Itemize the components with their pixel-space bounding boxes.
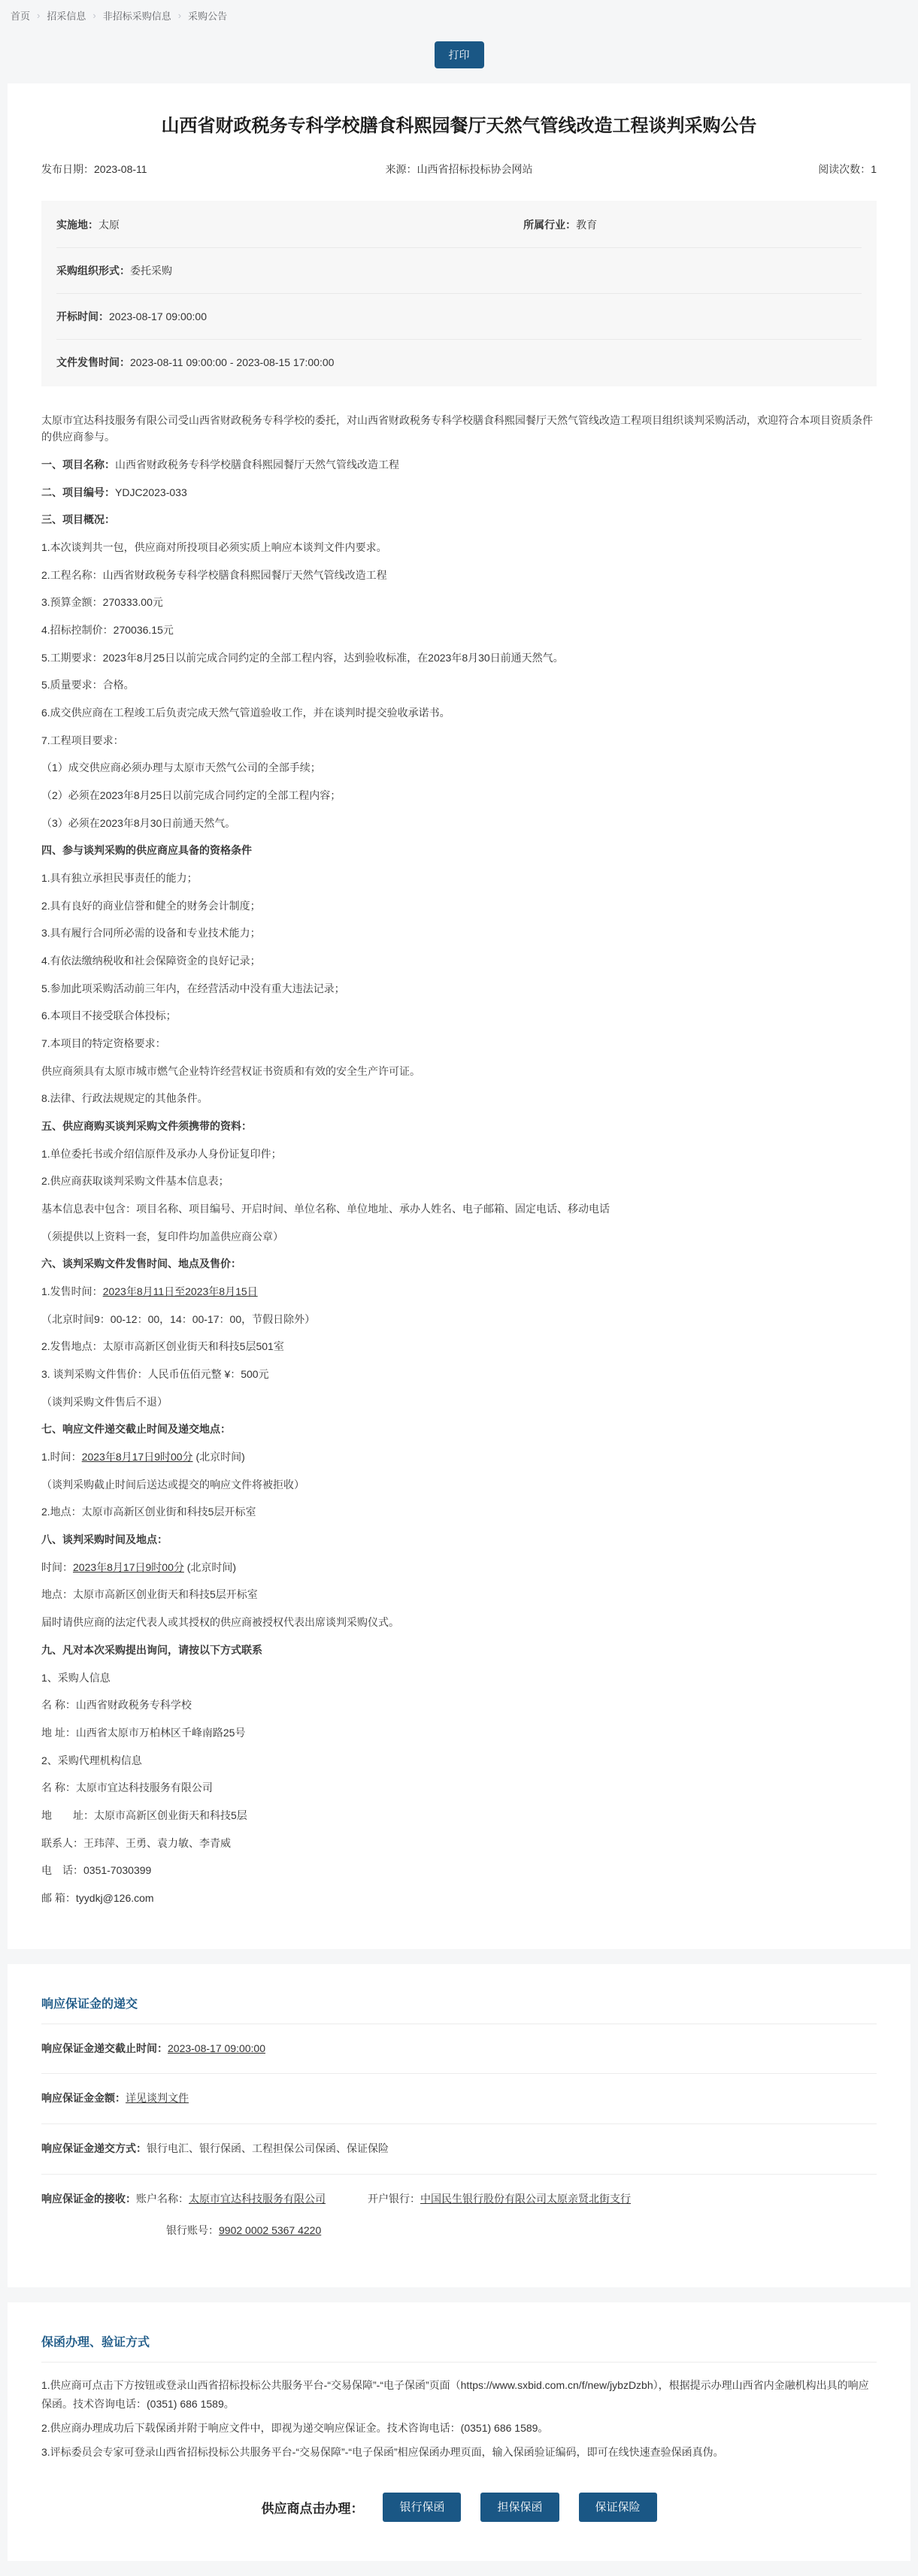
body-paragraph: （谈判采购文件售后不退） [41,1394,877,1411]
breadcrumb-item[interactable]: 招采信息 [47,8,86,23]
project-info-box: 实施地：太原所属行业：教育采购组织形式：委托采购开标时间：2023-08-17 … [41,201,877,386]
body-paragraph: 联系人：王玮萍、王勇、袁力敏、李青威 [41,1835,877,1852]
bold-text: 九、凡对本次采购提出询问，请按以下方式联系 [41,1644,262,1656]
body-paragraph: 届时请供应商的法定代表人或其授权的供应商被授权代表出席谈判采购仪式。 [41,1614,877,1631]
deposit-row: 响应保证金递交截止时间：2023-08-17 09:00:00 [41,2024,877,2075]
print-button[interactable]: 打印 [435,41,484,68]
text-segment: （3）必须在2023年8月30日前通天然气。 [41,817,235,829]
body-paragraph: 7.本项目的特定资格要求： [41,1035,877,1052]
text-segment: 地 址：山西省太原市万柏林区千峰南路25号 [41,1727,245,1739]
body-paragraph: 6.成交供应商在工程竣工后负责完成天然气管道验收工作，并在谈判时提交验收承诺书。 [41,704,877,722]
bold-text: 六、谈判采购文件发售时间、地点及售价： [41,1258,241,1270]
text-segment: 供应商须具有太原市城市燃气企业特许经营权证书资质和有效的安全生产许可证。 [41,1065,420,1077]
guarantee-paragraph: 2.供应商办理成功后下载保函并附于响应文件中，即视为递交响应保证金。技术咨询电话… [41,2419,877,2438]
breadcrumb-item[interactable]: 首页 [11,8,30,23]
body-paragraph: 名 称：山西省财政税务专科学校 [41,1697,877,1714]
deposit-row: 响应保证金的接收：账户名称：太原市宜达科技服务有限公司开户银行：中国民生银行股份… [41,2175,877,2256]
guarantee-cta: 供应商点击办理： 银行保函担保保函保证保险 [41,2493,877,2522]
info-value: 太原 [98,219,120,231]
body-paragraph: 4.招标控制价：270036.15元 [41,622,877,639]
bold-text: 一、项目名称： [41,459,115,471]
text-segment: 太原市宜达科技服务有限公司受山西省财政税务专科学校的委托，对山西省财政税务专科学… [41,414,873,443]
text-segment: 7.工程项目要求： [41,734,124,746]
announcement-card: 山西省财政税务专科学校膳食科熙园餐厅天然气管线改造工程谈判采购公告 发布日期：2… [8,83,910,1949]
body-paragraph: 5.参加此项采购活动前三年内，在经营活动中没有重大违法记录； [41,980,877,997]
body-paragraph: 1.具有独立承担民事责任的能力； [41,870,877,887]
info-value: 2023-08-17 09:00:00 [109,310,207,322]
body-paragraph: 7.工程项目要求： [41,732,877,749]
text-segment: 银行账号： [166,2224,219,2236]
guarantee-paragraph: 3.评标委员会专家可登录山西省招标投标公共服务平台-“交易保障”-“电子保函”相… [41,2443,877,2462]
text-segment: 银行电汇、银行保函、工程担保公司保函、保证保险 [147,2142,389,2154]
page-title: 山西省财政税务专科学校膳食科熙园餐厅天然气管线改造工程谈判采购公告 [41,114,877,139]
text-segment: 5.质量要求：合格。 [41,679,135,691]
info-cell: 实施地：太原 [56,217,523,232]
guarantee-button[interactable]: 保证保险 [579,2493,657,2522]
body-paragraph: 3.预算金额：270333.00元 [41,594,877,611]
text-segment: 1.单位委托书或介绍信原件及承办人身份证复印件； [41,1148,282,1160]
body-paragraph: 供应商须具有太原市城市燃气企业特许经营权证书资质和有效的安全生产许可证。 [41,1063,877,1080]
guarantee-card: 保函办理、验证方式 1.供应商可点击下方按钮或登录山西省招标投标公共服务平台-“… [8,2302,910,2562]
info-value: 委托采购 [130,265,172,277]
body-paragraph: （北京时间9：00-12：00，14：00-17：00，节假日除外） [41,1311,877,1328]
body-paragraph: 6.本项目不接受联合体投标； [41,1007,877,1025]
bold-text: 七、响应文件递交截止时间及递交地点： [41,1423,231,1435]
text-segment: 1.时间： [41,1451,82,1463]
publish-date-value: 2023-08-11 [94,163,147,175]
text-segment: 4.招标控制价：270036.15元 [41,624,174,636]
info-row: 开标时间：2023-08-17 09:00:00 [56,294,862,340]
text-segment: 1、采购人信息 [41,1672,111,1684]
page: 首页›招采信息›非招标采购信息›采购公告 打印 山西省财政税务专科学校膳食科熙园… [0,0,918,2561]
underlined-value: 9902 0002 5367 4220 [219,2224,321,2236]
guarantee-button[interactable]: 银行保函 [383,2493,461,2522]
bold-text: 五、供应商购买谈判采购文件须携带的资料： [41,1120,252,1132]
text-segment: 2.具有良好的商业信誉和健全的财务会计制度； [41,900,261,912]
deposit-row-label: 响应保证金递交方式： [41,2142,147,2154]
info-value: 2023-08-11 09:00:00 - 2023-08-15 17:00:0… [130,356,334,368]
text-segment: 4.有依法缴纳税收和社会保障资金的良好记录； [41,955,261,967]
body-paragraph: 名 称：太原市宜达科技服务有限公司 [41,1779,877,1797]
body-paragraph: 电 话：0351-7030399 [41,1862,877,1879]
text-segment: 8.法律、行政法规规定的其他条件。 [41,1092,208,1104]
publish-date: 发布日期：2023-08-11 [41,162,280,177]
breadcrumb: 首页›招采信息›非招标采购信息›采购公告 [0,0,918,29]
body-paragraph: 3. 谈判采购文件售价：人民币伍佰元整 ¥：500元 [41,1366,877,1383]
text-segment: 2、采购代理机构信息 [41,1754,142,1766]
text-segment: (北京时间) [184,1561,236,1573]
article-body: 太原市宜达科技服务有限公司受山西省财政税务专科学校的委托，对山西省财政税务专科学… [41,412,877,1907]
cta-label: 供应商点击办理： [261,2498,363,2517]
body-paragraph: 地 址：太原市高新区创业街天和科技5层 [41,1807,877,1824]
body-paragraph: 3.具有履行合同所必需的设备和专业技术能力； [41,925,877,942]
underlined-value: 2023年8月17日9时00分 [73,1561,184,1573]
body-paragraph: 1.发售时间：2023年8月11日至2023年8月15日 [41,1283,877,1300]
guarantee-button[interactable]: 担保保函 [480,2493,559,2522]
body-paragraph: 八、谈判采购时间及地点： [41,1531,877,1548]
text-segment: 6.成交供应商在工程竣工后负责完成天然气管道验收工作，并在谈判时提交验收承诺书。 [41,707,450,719]
text-segment: 联系人：王玮萍、王勇、袁力敏、李青威 [41,1837,231,1849]
article-meta: 发布日期：2023-08-11 来源：山西省招标投标协会网站 阅读次数：1 [41,162,877,177]
body-paragraph: 1.单位委托书或介绍信原件及承办人身份证复印件； [41,1146,877,1163]
info-row: 文件发售时间：2023-08-11 09:00:00 - 2023-08-15 … [56,340,862,385]
body-paragraph: 1、采购人信息 [41,1669,877,1687]
deposit-row-label: 响应保证金金额： [41,2092,126,2104]
body-paragraph: 地点：太原市高新区创业街天和科技5层开标室 [41,1586,877,1603]
info-cell: 文件发售时间：2023-08-11 09:00:00 - 2023-08-15 … [56,355,862,370]
info-cell: 所属行业：教育 [523,217,862,232]
text-segment: 地点：太原市高新区创业街天和科技5层开标室 [41,1588,258,1600]
text-segment: （1）成交供应商必须办理与太原市天然气公司的全部手续； [41,761,321,773]
text-segment: 6.本项目不接受联合体投标； [41,1010,177,1022]
text-segment: 基本信息表中包含：项目名称、项目编号、开启时间、单位名称、单位地址、承办人姓名、… [41,1203,610,1215]
underlined-value: 2023年8月11日至2023年8月15日 [103,1285,258,1297]
text-segment: （须提供以上资料一套，复印件均加盖供应商公章） [41,1230,283,1243]
underlined-value: 中国民生银行股份有限公司太原亲贤北街支行 [420,2193,631,2205]
text-segment: 2.地点：太原市高新区创业街和科技5层开标室 [41,1506,256,1518]
body-paragraph: 2.工程名称：山西省财政税务专科学校膳食科熙园餐厅天然气管线改造工程 [41,567,877,584]
body-paragraph: 邮 箱：tyydkj@126.com [41,1890,877,1907]
text-segment: 1.发售时间： [41,1285,103,1297]
text-segment: 地 址：太原市高新区创业街天和科技5层 [41,1809,247,1821]
info-value: 教育 [576,219,597,231]
text-segment: 届时请供应商的法定代表人或其授权的供应商被授权代表出席谈判采购仪式。 [41,1616,399,1628]
info-label: 开标时间： [56,310,109,322]
underlined-value: 太原市宜达科技服务有限公司 [189,2193,326,2205]
body-paragraph: 2.具有良好的商业信誉和健全的财务会计制度； [41,898,877,915]
info-row: 实施地：太原所属行业：教育 [56,202,862,248]
source-value: 山西省招标投标协会网站 [417,163,532,175]
text-segment: （谈判采购文件售后不退） [41,1396,168,1408]
body-paragraph: 时间：2023年8月17日9时00分 (北京时间) [41,1559,877,1576]
guarantee-section-title: 保函办理、验证方式 [41,2332,877,2363]
deposit-section-title: 响应保证金的递交 [41,1994,877,2024]
body-paragraph: 5.工期要求：2023年8月25日以前完成合同约定的全部工程内容，达到验收标准，… [41,649,877,667]
text-segment: 1.本次谈判共一包，供应商对所投项目必须实质上响应本谈判文件内要求。 [41,541,387,553]
body-paragraph: 1.本次谈判共一包，供应商对所投项目必须实质上响应本谈判文件内要求。 [41,539,877,556]
view-count-value: 1 [871,163,877,175]
body-paragraph: 四、参与谈判采购的供应商应具备的资格条件 [41,842,877,859]
text-segment: 时间： [41,1561,73,1573]
info-label: 实施地： [56,219,98,231]
body-paragraph: 8.法律、行政法规规定的其他条件。 [41,1090,877,1107]
deposit-row: 响应保证金金额：详见谈判文件 [41,2074,877,2124]
body-paragraph: 六、谈判采购文件发售时间、地点及售价： [41,1255,877,1273]
body-paragraph: 1.时间：2023年8月17日9时00分 (北京时间) [41,1448,877,1466]
body-paragraph: 基本信息表中包含：项目名称、项目编号、开启时间、单位名称、单位地址、承办人姓名、… [41,1200,877,1218]
deposit-row-label: 响应保证金的接收： [41,2193,136,2205]
body-paragraph: 2.地点：太原市高新区创业街和科技5层开标室 [41,1503,877,1521]
body-paragraph: 五、供应商购买谈判采购文件须携带的资料： [41,1118,877,1135]
body-paragraph: 一、项目名称：山西省财政税务专科学校膳食科熙园餐厅天然气管线改造工程 [41,456,877,474]
text-segment: (北京时间) [193,1451,245,1463]
source-label: 来源： [385,163,417,175]
guarantee-body: 1.供应商可点击下方按钮或登录山西省招标投标公共服务平台-“交易保障”-“电子保… [41,2363,877,2463]
view-count-label: 阅读次数： [818,163,871,175]
body-paragraph: 2.发售地点：太原市高新区创业街天和科技5层501室 [41,1338,877,1355]
deposit-row: 响应保证金递交方式：银行电汇、银行保函、工程担保公司保函、保证保险 [41,2124,877,2175]
text-segment: 3. 谈判采购文件售价：人民币伍佰元整 ¥：500元 [41,1368,269,1380]
body-paragraph: 地 址：山西省太原市万柏林区千峰南路25号 [41,1724,877,1742]
deposit-row-subline: 银行账号：9902 0002 5367 4220 [41,2222,877,2240]
info-label: 文件发售时间： [56,356,130,368]
body-paragraph: （3）必须在2023年8月30日前通天然气。 [41,815,877,832]
body-paragraph: （谈判采购截止时间后送达或提交的响应文件将被拒收） [41,1476,877,1494]
underlined-value: 2023-08-17 09:00:00 [168,2042,265,2054]
source: 来源：山西省招标投标协会网站 [280,162,638,177]
body-paragraph: 九、凡对本次采购提出询问，请按以下方式联系 [41,1642,877,1659]
text-segment: 7.本项目的特定资格要求： [41,1037,166,1049]
view-count: 阅读次数：1 [638,162,877,177]
text-segment: 5.工期要求：2023年8月25日以前完成合同约定的全部工程内容，达到验收标准，… [41,652,564,664]
text-segment: 名 称：山西省财政税务专科学校 [41,1699,192,1711]
text-segment: 3.预算金额：270333.00元 [41,596,163,608]
guarantee-paragraph: 1.供应商可点击下方按钮或登录山西省招标投标公共服务平台-“交易保障”-“电子保… [41,2376,877,2415]
body-paragraph: 2.供应商获取谈判采购文件基本信息表； [41,1173,877,1190]
info-cell: 采购组织形式：委托采购 [56,263,862,278]
text-segment: （2）必须在2023年8月25日以前完成合同约定的全部工程内容； [41,789,341,801]
body-paragraph: 2、采购代理机构信息 [41,1752,877,1769]
breadcrumb-item[interactable]: 非招标采购信息 [103,8,171,23]
text-segment: 山西省财政税务专科学校膳食科熙园餐厅天然气管线改造工程 [115,459,399,471]
info-label: 所属行业： [523,219,576,231]
body-paragraph: （须提供以上资料一套，复印件均加盖供应商公章） [41,1228,877,1246]
text-segment: 账户名称： [136,2193,189,2205]
deposit-card: 响应保证金的递交 响应保证金递交截止时间：2023-08-17 09:00:00… [8,1964,910,2287]
text-segment: 电 话：0351-7030399 [41,1864,151,1876]
text-segment: 名 称：太原市宜达科技服务有限公司 [41,1781,213,1794]
breadcrumb-separator: › [92,10,95,21]
publish-date-label: 发布日期： [41,163,94,175]
text-segment: （北京时间9：00-12：00，14：00-17：00，节假日除外） [41,1313,315,1325]
body-paragraph: 二、项目编号：YDJC2023-033 [41,484,877,501]
bold-text: 二、项目编号： [41,486,115,498]
bold-text: 八、谈判采购时间及地点： [41,1533,168,1545]
text-segment: 1.具有独立承担民事责任的能力； [41,872,198,884]
info-row: 采购组织形式：委托采购 [56,248,862,294]
bold-text: 四、参与谈判采购的供应商应具备的资格条件 [41,844,252,856]
deposit-row-label: 响应保证金递交截止时间： [41,2042,168,2054]
cta-buttons: 银行保函担保保函保证保险 [383,2493,656,2522]
text-segment: 2.工程名称：山西省财政税务专科学校膳食科熙园餐厅天然气管线改造工程 [41,569,387,581]
underlined-value: 2023年8月17日9时00分 [82,1451,193,1463]
breadcrumb-separator: › [178,10,181,21]
info-cell: 开标时间：2023-08-17 09:00:00 [56,309,862,324]
bold-text: 三、项目概况： [41,513,115,525]
text-segment: 开户银行： [368,2193,420,2205]
body-paragraph: （1）成交供应商必须办理与太原市天然气公司的全部手续； [41,759,877,776]
text-segment: 邮 箱：tyydkj@126.com [41,1892,154,1904]
body-paragraph: 七、响应文件递交截止时间及递交地点： [41,1421,877,1438]
text-segment: 2.供应商获取谈判采购文件基本信息表； [41,1175,229,1187]
deposit-rows: 响应保证金递交截止时间：2023-08-17 09:00:00响应保证金金额：详… [41,2024,877,2256]
text-segment: 3.具有履行合同所必需的设备和专业技术能力； [41,927,261,939]
text-segment: YDJC2023-033 [115,486,187,498]
breadcrumb-separator: › [37,10,40,21]
body-paragraph: 5.质量要求：合格。 [41,677,877,694]
body-paragraph: （2）必须在2023年8月25日以前完成合同约定的全部工程内容； [41,787,877,804]
print-row: 打印 [0,29,918,83]
breadcrumb-item: 采购公告 [188,8,227,23]
text-segment: （谈判采购截止时间后送达或提交的响应文件将被拒收） [41,1479,304,1491]
body-paragraph: 三、项目概况： [41,511,877,528]
text-segment: 2.发售地点：太原市高新区创业街天和科技5层501室 [41,1340,284,1352]
underlined-value: 详见谈判文件 [126,2092,189,2104]
info-label: 采购组织形式： [56,265,130,277]
body-paragraph: 太原市宜达科技服务有限公司受山西省财政税务专科学校的委托，对山西省财政税务专科学… [41,412,877,446]
text-segment: 5.参加此项采购活动前三年内，在经营活动中没有重大违法记录； [41,982,345,994]
body-paragraph: 4.有依法缴纳税收和社会保障资金的良好记录； [41,952,877,970]
